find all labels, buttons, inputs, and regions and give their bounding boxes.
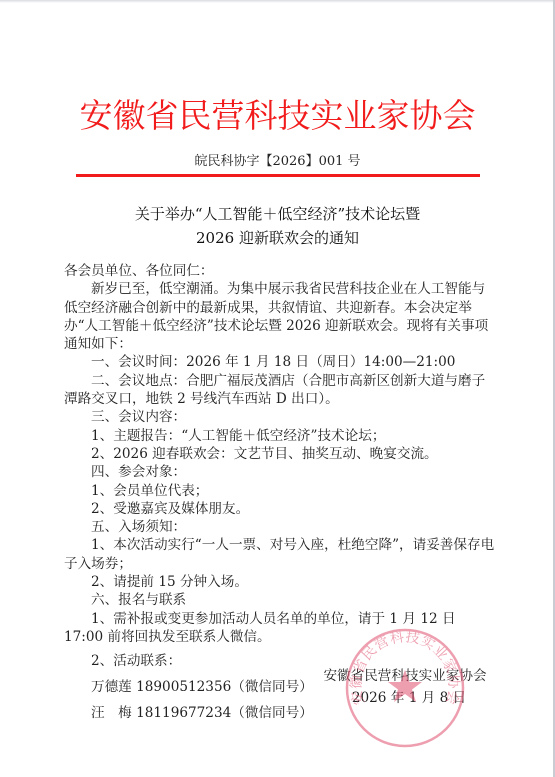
contact-phone: 18119677234 — [136, 705, 231, 721]
contact-phone: 18900512356 — [136, 679, 231, 695]
intro-paragraph: 新岁已至，低空潮涌。为集中展示我省民营科技企业在人工智能与低空经济融合创新中的最… — [64, 280, 496, 353]
signature-organization: 安徽省民营科技实业家协会 — [310, 665, 500, 687]
item-content-1: 1、主题报告：“人工智能＋低空经济”技术论坛； — [64, 427, 496, 445]
notice-title-line-2: 2026 迎新联欢会的通知 — [0, 228, 555, 248]
item-meeting-time: 一、会议时间：2026 年 1 月 18 日（周日）14:00—21:00 — [64, 353, 496, 371]
item-entry-heading: 五、入场须知： — [64, 518, 496, 536]
organization-letterhead: 安徽省民营科技实业家协会 — [0, 96, 555, 136]
notice-title-line-1: 关于举办“人工智能＋低空经济”技术论坛暨 — [0, 204, 555, 224]
contact-name: 汪 梅 — [91, 705, 132, 721]
item-meeting-location: 二、会议地点：合肥广福辰茂酒店（合肥市高新区创新大道与磨子潭路交叉口，地铁 2 … — [64, 372, 496, 409]
item-entry-1: 1、本次活动实行“一人一票、对号入座，杜绝空降”，请妥善保存电子入场券； — [64, 536, 496, 573]
item-content-heading: 三、会议内容： — [64, 408, 496, 426]
notice-body: 各会员单位、各位同仁： 新岁已至，低空潮涌。为集中展示我省民营科技企业在人工智能… — [64, 262, 496, 729]
item-attendees-heading: 四、参会对象： — [64, 463, 496, 481]
contact-note: （微信同号） — [231, 705, 313, 721]
document-number: 皖民科协字【2026】001 号 — [0, 154, 555, 170]
viewer-top-shadow — [0, 0, 555, 3]
item-attendees-2: 2、受邀嘉宾及媒体朋友。 — [64, 500, 496, 518]
signature-block: 安徽省民营科技实业家协会 2026 年 1 月 8 日 — [310, 665, 500, 709]
item-attendees-1: 1、会员单位代表； — [64, 482, 496, 500]
salutation: 各会员单位、各位同仁： — [64, 262, 496, 280]
item-content-2: 2、2026 迎春联欢会：文艺节目、抽奖互动、晚宴交流。 — [64, 445, 496, 463]
item-registration-heading: 六、报名与联系 — [64, 591, 496, 609]
letterhead-red-rule — [76, 174, 480, 177]
item-registration-1: 1、需补报或变更参加活动人员名单的单位，请于 1 月 12 日 17:00 前将… — [64, 610, 496, 647]
contact-name: 万德莲 — [91, 679, 132, 695]
signature-date: 2026 年 1 月 8 日 — [310, 687, 500, 709]
contact-note: （微信同号） — [231, 679, 313, 695]
item-entry-2: 2、请提前 15 分钟入场。 — [64, 573, 496, 591]
